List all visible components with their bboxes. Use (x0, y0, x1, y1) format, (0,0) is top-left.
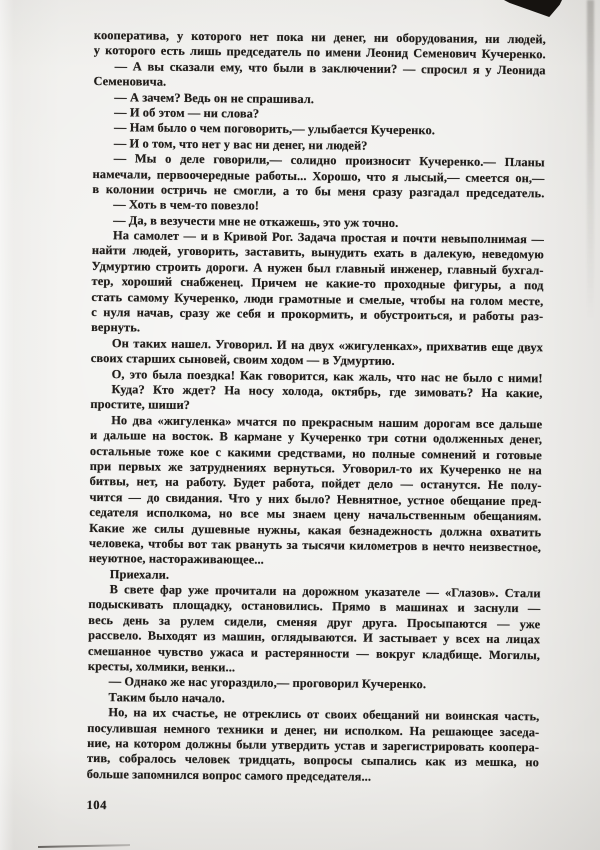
page-left-edge-highlight (0, 0, 14, 850)
page-number: 104 (86, 798, 538, 818)
text-column: кооператива, у которого нет пока ни дене… (86, 28, 546, 818)
scanned-book-page: кооператива, у которого нет пока ни дене… (0, 0, 600, 850)
page-bottom-edge-line (38, 844, 130, 848)
scan-corner-shadow (504, 0, 562, 17)
page-right-edge-shadow (587, 0, 594, 320)
